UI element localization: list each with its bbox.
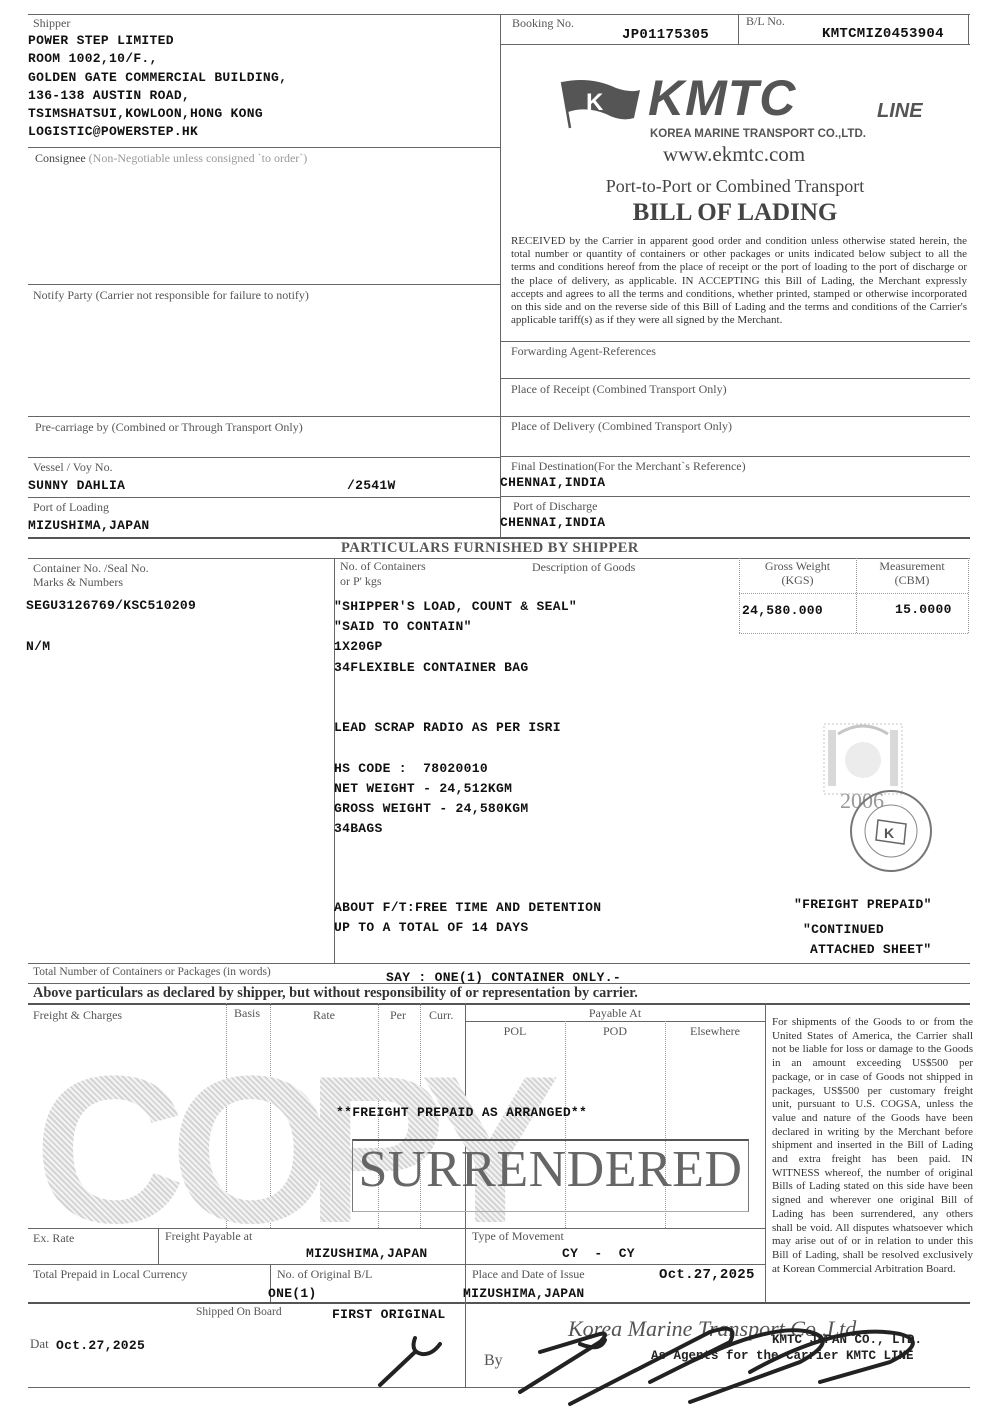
desc-line: NET WEIGHT - 24,512KGM	[334, 779, 577, 799]
desc-line: 34BAGS	[334, 819, 577, 839]
line-payable-sub	[465, 1021, 765, 1022]
desc-line: GROSS WEIGHT - 24,580KGM	[334, 799, 577, 819]
by-label: By	[484, 1352, 503, 1370]
company-name: KOREA MARINE TRANSPORT CO.,LTD.	[650, 128, 866, 140]
rate-header: Rate	[313, 1008, 335, 1023]
doc-title: BILL OF LADING	[500, 199, 970, 227]
delivery-label: Place of Delivery (Combined Transport On…	[511, 419, 732, 434]
shipper-label: Shipper	[33, 16, 70, 31]
receipt-label: Place of Receipt (Combined Transport Onl…	[511, 382, 727, 397]
shipper-line: TSIMSHATSUI,KOWLOON,HONG KONG	[28, 105, 287, 123]
gross-col-header: Gross Weight(KGS)	[739, 559, 856, 587]
desc-line: 1X20GP	[334, 637, 577, 657]
vessel-name: SUNNY DAHLIA	[28, 478, 125, 493]
booking-number: JP01175305	[622, 27, 709, 43]
shipper-line: GOLDEN GATE COMMERCIAL BUILDING,	[28, 69, 287, 87]
brand-name: KMTC	[648, 70, 796, 126]
shipper-line: 136-138 AUSTIN ROAD,	[28, 87, 287, 105]
received-clause: RECEIVED by the Carrier in apparent good…	[511, 235, 967, 327]
line-notify-bottom	[28, 416, 500, 417]
total-prepaid-label: Total Prepaid in Local Currency	[33, 1267, 187, 1282]
desc-line: "SAID TO CONTAIN"	[334, 617, 577, 637]
line-clause-bottom	[500, 341, 970, 342]
movement-type: CY - CY	[562, 1246, 635, 1261]
vessel-label: Vessel / Voy No.	[33, 460, 113, 475]
divider-mid-top	[500, 14, 501, 538]
website: www.ekmtc.com	[663, 142, 805, 167]
frame-top	[28, 14, 970, 15]
onboard-signature-icon	[370, 1330, 450, 1390]
continued-note: ATTACHED SHEET"	[810, 942, 932, 957]
line-vessel-bottom	[28, 497, 500, 498]
copy-type: FIRST ORIGINAL	[332, 1307, 445, 1322]
issue-label: Place and Date of Issue	[472, 1267, 585, 1282]
line-total-top	[28, 963, 970, 964]
line-forwarding-bottom	[500, 378, 970, 379]
copy-watermark-c: C	[34, 1045, 186, 1255]
dotted-divider	[968, 558, 969, 633]
cogsa-clause: For shipments of the Goods to or from th…	[772, 1016, 973, 1276]
booking-label: Booking No.	[512, 16, 574, 31]
desc-line: 34FLEXIBLE CONTAINER BAG	[334, 658, 577, 678]
marks: N/M	[26, 639, 50, 654]
precarriage-label: Pre-carriage by (Combined or Through Tra…	[35, 420, 303, 435]
freight-charges-header: Freight & Charges	[33, 1008, 122, 1023]
pkgs-col-header: No. of Containersor P' kgs	[340, 559, 426, 589]
onboard-date: Oct.27,2025	[56, 1338, 145, 1353]
shipper-block: POWER STEP LIMITED ROOM 1002,10/F., GOLD…	[28, 32, 287, 142]
originals-label: No. of Original B/L	[277, 1267, 372, 1282]
desc-line: "SHIPPER'S LOAD, COUNT & SEAL"	[334, 597, 577, 617]
originals-count: ONE(1)	[268, 1286, 317, 1301]
divider-signature	[465, 1302, 466, 1387]
detention-line: ABOUT F/T:FREE TIME AND DETENTION	[334, 898, 601, 918]
line-consignee-bottom	[28, 284, 500, 285]
shipper-line: ROOM 1002,10/F.,	[28, 50, 287, 68]
freight-payable-at: MIZUSHIMA,JAPAN	[306, 1246, 428, 1261]
line-shipper-bottom	[28, 147, 500, 148]
detention-line: UP TO A TOTAL OF 14 DAYS	[334, 918, 601, 938]
shipper-disclaimer: Above particulars as declared by shipper…	[33, 985, 638, 1002]
freight-prepaid-note: "FREIGHT PREPAID"	[794, 897, 932, 912]
line-delivery-bottom	[500, 456, 970, 457]
svg-text:K: K	[884, 825, 894, 841]
line-precarriage-bottom	[28, 457, 500, 458]
line-particulars-top	[28, 537, 970, 539]
dotted-divider	[739, 633, 968, 634]
curr-header: Curr.	[429, 1008, 453, 1023]
carrier-signature-icon	[510, 1312, 970, 1407]
forwarding-label: Forwarding Agent-References	[511, 344, 656, 359]
shipper-line: LOGISTIC@POWERSTEP.HK	[28, 123, 287, 141]
line-onboard-top	[28, 1302, 970, 1304]
container-col-header: Container No. /Seal No.Marks & Numbers	[33, 561, 149, 589]
continued-note: "CONTINUED	[803, 922, 884, 937]
svg-text:K: K	[586, 89, 604, 116]
exrate-label: Ex. Rate	[33, 1231, 74, 1246]
bl-label: B/L No.	[746, 14, 785, 29]
basis-header: Basis	[234, 1006, 260, 1021]
issue-date: Oct.27,2025	[659, 1267, 755, 1283]
line-booking-bottom	[500, 44, 970, 45]
finaldest-label: Final Destination(For the Merchant`s Ref…	[511, 459, 746, 474]
brand-suffix: LINE	[877, 100, 923, 123]
total-packages-label: Total Number of Containers or Packages (…	[33, 966, 271, 978]
elsewhere-header: Elsewhere	[665, 1024, 765, 1039]
meas-col-header: Measurement(CBM)	[856, 559, 968, 587]
container-seal: SEGU3126769/KSC510209	[26, 598, 196, 613]
gross-weight: 24,580.000	[742, 603, 823, 618]
freight-prepaid-arranged: **FREIGHT PREPAID AS ARRANGED**	[336, 1105, 587, 1120]
movement-label: Type of Movement	[472, 1229, 564, 1244]
frame-right-top	[968, 14, 969, 44]
line-receipt-bottom	[500, 416, 970, 417]
shipper-line: POWER STEP LIMITED	[28, 32, 287, 50]
kmtc-flag-logo-icon: K	[556, 78, 646, 128]
desc-line	[334, 698, 577, 718]
port-discharge-label: Port of Discharge	[513, 499, 597, 514]
divider-booking-bl	[738, 14, 739, 44]
freight-payable-label: Freight Payable at	[165, 1229, 252, 1244]
surrendered-stamp: SURRENDERED	[352, 1139, 749, 1212]
desc-col-header: Description of Goods	[532, 560, 635, 575]
detention-note: ABOUT F/T:FREE TIME AND DETENTION UP TO …	[334, 898, 601, 938]
voyage-number: /2541W	[347, 478, 396, 493]
pod-header: POD	[565, 1024, 665, 1039]
divider-cogsa	[765, 1003, 766, 1303]
per-header: Per	[390, 1008, 406, 1023]
desc-line	[334, 678, 577, 698]
consignee-label: Consignee (Non-Negotiable unless consign…	[35, 151, 307, 166]
line-freight-top	[28, 1003, 970, 1005]
date-label: Dat	[30, 1336, 49, 1352]
desc-line	[334, 738, 577, 758]
payable-header: Payable At	[465, 1006, 765, 1021]
kmtc-japan-seal-icon: K	[848, 788, 934, 874]
desc-line: LEAD SCRAP RADIO AS PER ISRI	[334, 718, 577, 738]
port-loading-label: Port of Loading	[33, 500, 109, 515]
doc-subtitle: Port-to-Port or Combined Transport	[500, 176, 970, 197]
shipped-onboard-label: Shipped On Board	[196, 1306, 282, 1318]
bl-number: KMTCMIZ0453904	[822, 26, 944, 42]
total-packages: SAY : ONE(1) CONTAINER ONLY.-	[386, 970, 621, 985]
particulars-heading: PARTICULARS FURNISHED BY SHIPPER	[341, 540, 639, 557]
line-finaldest-bottom	[500, 496, 970, 497]
goods-description: "SHIPPER'S LOAD, COUNT & SEAL" "SAID TO …	[334, 597, 577, 839]
desc-line: HS CODE : 78020010	[334, 759, 577, 779]
dotted-divider	[739, 593, 968, 594]
port-discharge: CHENNAI,INDIA	[500, 515, 605, 530]
notify-label: Notify Party (Carrier not responsible fo…	[33, 288, 309, 303]
issue-place: MIZUSHIMA,JAPAN	[463, 1286, 585, 1301]
port-loading: MIZUSHIMA,JAPAN	[28, 518, 150, 533]
final-destination: CHENNAI,INDIA	[500, 475, 605, 490]
measurement: 15.0000	[895, 602, 952, 617]
